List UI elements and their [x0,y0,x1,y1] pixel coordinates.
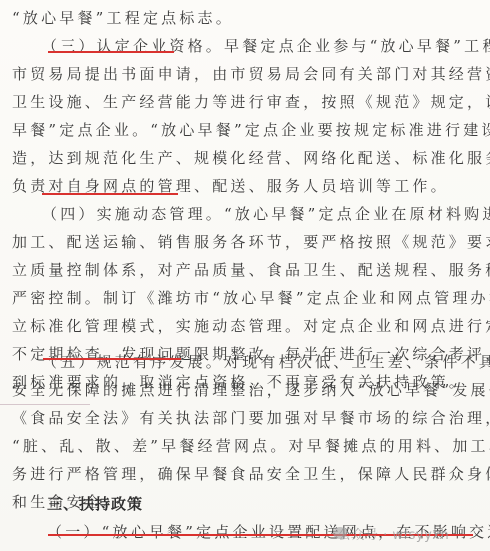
section-marker: （一） [47,523,102,541]
section-three-heading-line: （三）认定企业资格。早餐定点企业参与“放心早餐”工程，须向 [42,36,467,56]
text-fragment: 实施动态管理。“放心早餐”定点企业在原材料购进、生产 [97,205,490,223]
section-heading-support-policy: 三、扶持政策 [47,494,490,514]
text-line: 市贸易局提出书面申请，由市贸易局会同有关部门对其经营资格、 [12,64,467,84]
watermark: 公众号 · wfsyyxh [338,524,449,543]
text-line: “脏、乱、散、差”早餐经营网点。对早餐摊点的用料、加工、卫生、服 [12,436,467,456]
scanned-document-page: “放心早餐”工程定点标志。 （三）认定企业资格。早餐定点企业参与“放心早餐”工程… [0,0,490,551]
text-line: 务进行严格管理，确保早餐食品安全卫生，保障人民群众身体健康 [12,464,467,484]
section-four-heading-line: （四）实施动态管理。“放心早餐”定点企业在原材料购进、生产 [42,204,467,224]
text-line: 早餐”定点企业。“放心早餐”定点企业要按规定标准进行建设和改 [12,120,467,140]
section-marker: （五） [42,353,97,371]
scan-artifact [0,404,90,405]
red-underline [43,358,181,360]
text-line: 立质量控制体系，对产品质量、食品卫生、配送规程、服务程序实施 [12,260,467,280]
text-line: 安全无保障的摊点进行清理整治，逐步纳入“放心早餐”发展体系。 [12,380,467,400]
text-line: 严密控制。制订《潍坊市“放心早餐”定点企业和网点管理办法》，建 [12,288,467,308]
text-line: 卫生设施、生产经营能力等进行审查，按照《规范》规定，认定“放心 [12,92,467,112]
section-marker: （四） [42,205,97,223]
red-underline [48,51,174,53]
red-underline [42,193,178,195]
text-line: 《食品安全法》有关执法部门要加强对早餐市场的综合治理，取缔 [12,408,467,428]
section-five-heading-line: （五）规范有序发展。对现有档次低、卫生差、条件不具备、食品 [42,352,467,372]
text-line: “放心早餐”工程定点标志。 [12,8,467,28]
text-line: 立标准化管理模式，实施动态管理。对定点企业和网点进行定期或 [12,316,467,336]
text-line: 造，达到规范化生产、规模化经营、网络化配送、标准化服务功能， [12,148,467,168]
text-fragment: 规范有序发展。对现有档次低、卫生差、条件不具备、食品 [97,353,490,371]
text-line: 加工、配送运输、销售服务各环节，要严格按照《规范》要求运作，建 [12,232,467,252]
